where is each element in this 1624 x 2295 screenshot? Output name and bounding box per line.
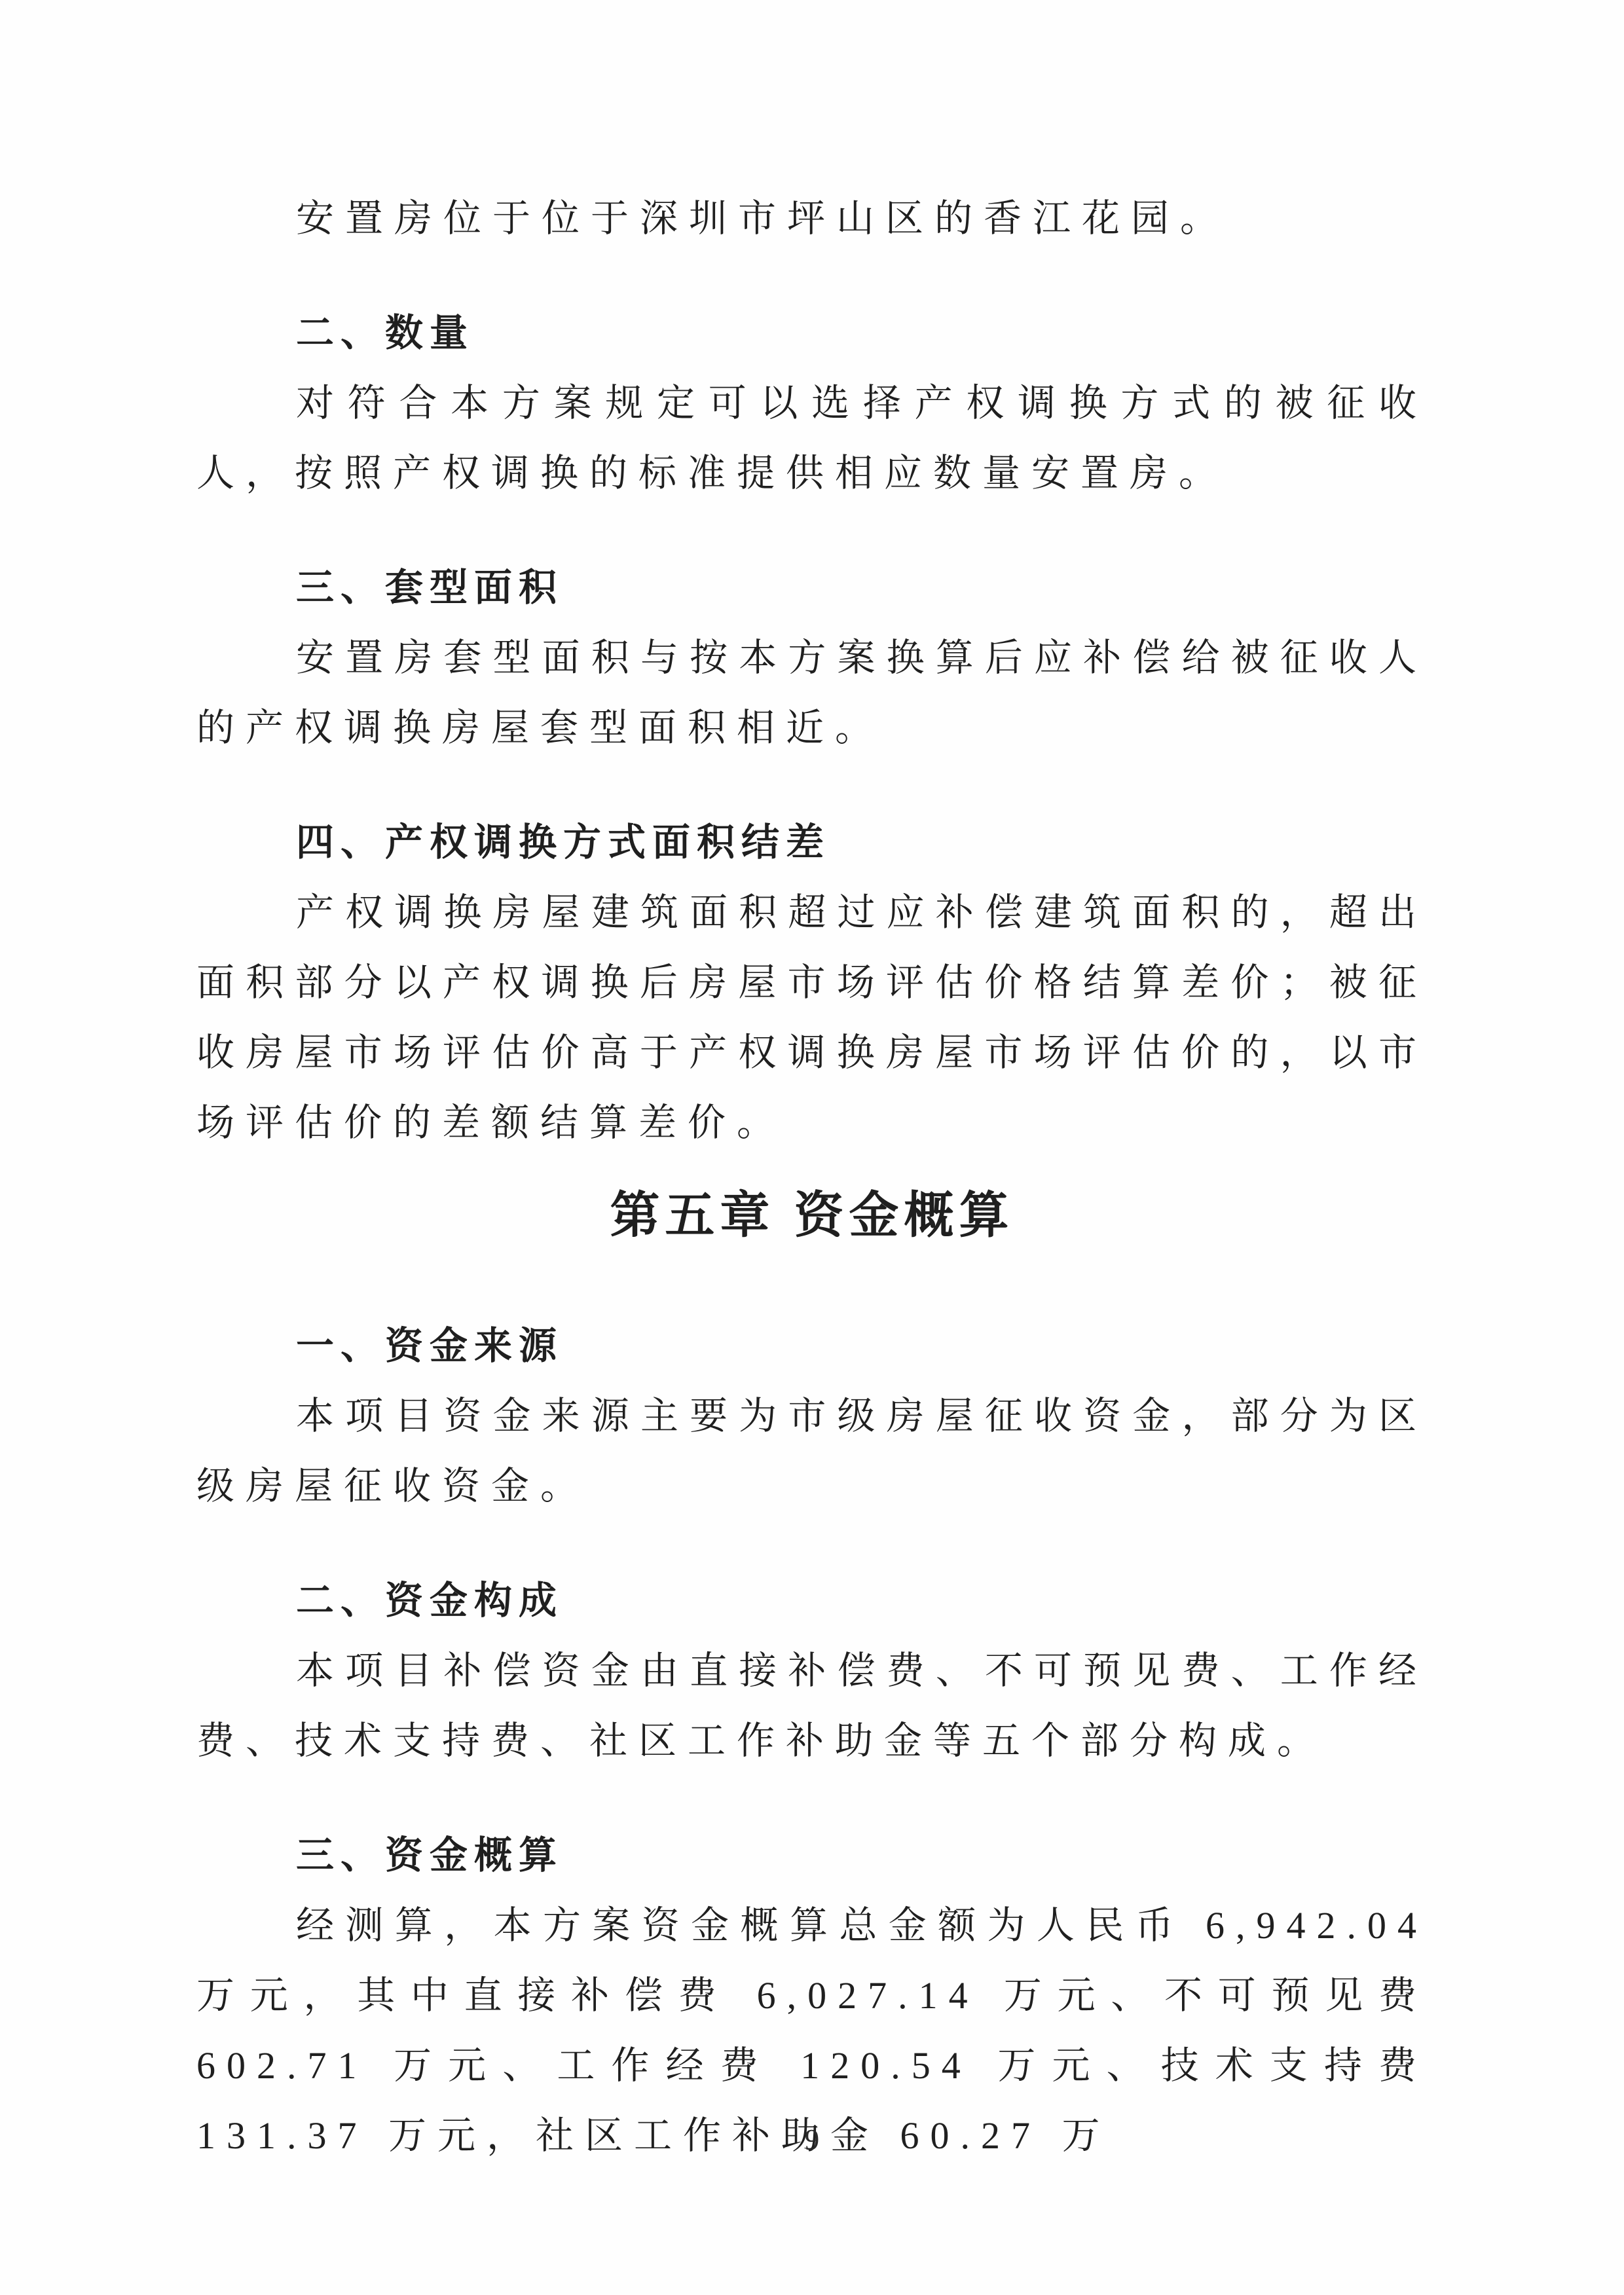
section-paragraph-fund-composition: 本项目补偿资金由直接补偿费、不可预见费、工作经费、技术支持费、社区工作补助金等五…: [196, 1636, 1428, 1776]
section-paragraph-quantity: 对符合本方案规定可以选择产权调换方式的被征收人，按照产权调换的标准提供相应数量安…: [196, 368, 1428, 508]
section-paragraph-fund-source: 本项目资金来源主要为市级房屋征收资金，部分为区级房屋征收资金。: [196, 1381, 1428, 1521]
section-heading-fund-estimate: 三、资金概算: [296, 1820, 1428, 1890]
intro-paragraph: 安置房位于位于深圳市坪山区的香江花园。: [196, 183, 1428, 253]
page-number: 9: [0, 2120, 1624, 2159]
section-heading-area-difference: 四、产权调换方式面积结差: [296, 807, 1428, 877]
page-content: 安置房位于位于深圳市坪山区的香江花园。 二、数量 对符合本方案规定可以选择产权调…: [196, 183, 1428, 2171]
section-heading-fund-source: 一、资金来源: [296, 1311, 1428, 1381]
section-paragraph-area-difference: 产权调换房屋建筑面积超过应补偿建筑面积的，超出面积部分以产权调换后房屋市场评估价…: [196, 877, 1428, 1158]
section-heading-fund-composition: 二、资金构成: [296, 1566, 1428, 1636]
section-heading-quantity: 二、数量: [296, 298, 1428, 368]
section-paragraph-unit-area: 安置房套型面积与按本方案换算后应补偿给被征收人的产权调换房屋套型面积相近。: [196, 623, 1428, 763]
section-heading-unit-area: 三、套型面积: [296, 553, 1428, 623]
document-page: 安置房位于位于深圳市坪山区的香江花园。 二、数量 对符合本方案规定可以选择产权调…: [0, 0, 1624, 2295]
chapter-title: 第五章 资金概算: [196, 1176, 1428, 1256]
